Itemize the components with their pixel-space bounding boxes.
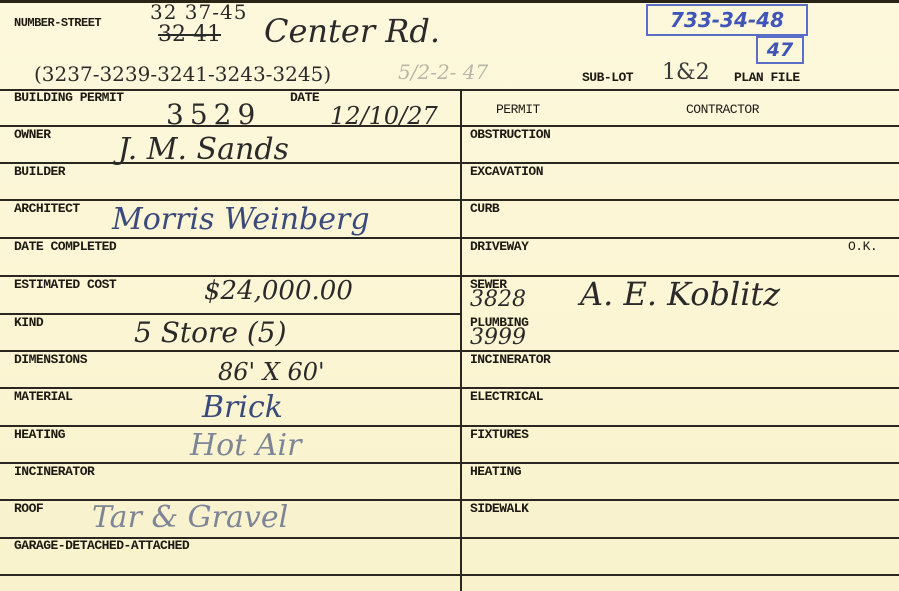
pencil-note: 5/2-2- 47 [398, 60, 488, 84]
field-label-kind: KIND [14, 315, 43, 330]
permit-label-electrical: ELECTRICAL [470, 389, 543, 404]
date-label: DATE [290, 90, 319, 105]
permit-number-sewer: 3828 [470, 287, 526, 312]
plan-file-label: PLAN FILE [734, 70, 800, 85]
field-label-dimensions: DIMENSIONS [14, 352, 87, 367]
contractor-column-header: CONTRACTOR [686, 102, 759, 117]
field-label-heating: HEATING [14, 427, 65, 442]
street-name: Center Rd. [264, 12, 440, 50]
number-street-label: NUMBER-STREET [14, 16, 101, 30]
stamp-sub: 47 [756, 36, 804, 64]
address-range: (3237-3239-3241-3243-3245) [34, 62, 331, 86]
field-label-architect: ARCHITECT [14, 201, 80, 216]
permit-label-fixtures: FIXTURES [470, 427, 528, 442]
row-divider [462, 537, 899, 539]
number-struck: 32 41 [158, 22, 221, 47]
column-divider [460, 90, 462, 591]
permit-column-header: PERMIT [496, 102, 540, 117]
permit-label-curb: CURB [470, 201, 499, 216]
field-value-architect: Morris Weinberg [112, 202, 370, 237]
row-divider [0, 313, 460, 315]
row-divider [462, 462, 899, 464]
permit-label-obstruction: OBSTRUCTION [470, 127, 550, 142]
field-value-material: Brick [202, 390, 283, 425]
field-value-owner: J. M. Sands [118, 132, 289, 167]
permit-label-heating: HEATING [470, 464, 521, 479]
field-label-material: MATERIAL [14, 389, 72, 404]
field-label-garage-detached-attached: GARAGE-DETACHED-ATTACHED [14, 538, 189, 553]
permit-label-sidewalk: SIDEWALK [470, 501, 528, 516]
field-label-builder: BUILDER [14, 164, 65, 179]
note-driveway: O.K. [848, 239, 877, 254]
field-value-kind: 5 Store (5) [134, 316, 287, 349]
sub-lot-label: SUB-LOT [582, 70, 633, 85]
building-permit-label: BUILDING PERMIT [14, 90, 124, 105]
row-divider [462, 199, 899, 201]
sub-lot-value: 1&2 [662, 60, 710, 85]
field-label-incinerator: INCINERATOR [14, 464, 94, 479]
permit-card: NUMBER-STREET 32 37-45 32 41 Center Rd. … [0, 0, 899, 591]
card-top-edge [0, 0, 899, 3]
field-value-heating: Hot Air [190, 428, 301, 463]
field-label-owner: OWNER [14, 127, 51, 142]
row-divider [0, 425, 460, 427]
permit-label-incinerator: INCINERATOR [470, 352, 550, 367]
row-divider [0, 574, 460, 576]
contractor-sewer: A. E. Koblitz [580, 275, 780, 313]
row-divider [462, 574, 899, 576]
field-label-date-completed: DATE COMPLETED [14, 239, 116, 254]
stamp-number: 733-34-48 [646, 4, 808, 36]
field-value-estimated-cost: $24,000.00 [204, 276, 353, 306]
field-label-estimated-cost: ESTIMATED COST [14, 277, 116, 292]
field-value-dimensions: 86' X 60' [218, 358, 325, 386]
field-value-roof: Tar & Gravel [92, 500, 288, 535]
row-divider [0, 125, 460, 127]
number-top: 32 37-45 [150, 0, 247, 24]
field-label-roof: ROOF [14, 501, 43, 516]
header-divider [0, 89, 899, 91]
permit-number-plumbing: 3999 [470, 325, 526, 350]
permit-label-driveway: DRIVEWAY [470, 239, 528, 254]
permit-label-excavation: EXCAVATION [470, 164, 543, 179]
